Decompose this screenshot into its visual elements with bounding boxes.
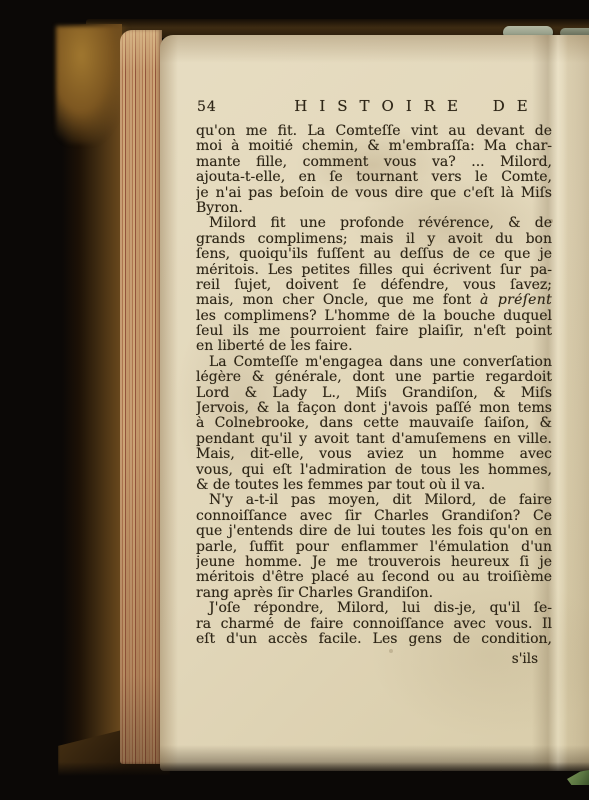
paragraph: qu'on me fit. La Comteſſe vint au devant…: [196, 124, 552, 216]
text-line: J'oſe répondre, Milord, lui dis-je, qu'i…: [196, 601, 552, 616]
text-line: vous, qui eſt l'admiration de tous les h…: [196, 463, 552, 478]
text-line: à Colnebrooke, dans cette mauvaiſe ſaiſo…: [196, 416, 552, 431]
page-edges-foredge: [120, 30, 162, 764]
text-line: grands complimens; mais il y avoit du bo…: [196, 232, 552, 247]
text-line: je n'ai pas beſoin de vous dire que c'eſ…: [196, 186, 552, 201]
text-line: rang après ſir Charles Grandiſon.: [196, 586, 552, 601]
text-line: connoiſſance avec ſir Charles Grandiſon?…: [196, 509, 552, 524]
book-cover-corner: [56, 26, 128, 144]
catchword: s'ils: [196, 651, 552, 667]
text-line: méritois. Les petites filles qui écriven…: [196, 263, 552, 278]
page-header: 54 HISTOIRE DE: [196, 97, 552, 115]
text-line: ſeul ils me pourroient faire plaiſir, n'…: [196, 324, 552, 339]
book-photo: 54 HISTOIRE DE qu'on me fit. La Comteſſe…: [0, 0, 589, 800]
text-line: parle, ſuffit pour enflammer l'émulation…: [196, 540, 552, 555]
text-line: moi à moitié chemin, & m'embraſſa: Ma ch…: [196, 139, 552, 154]
text-line: Milord fit une profonde révérence, & de: [196, 216, 552, 231]
text-line: légère & générale, dont une partie regar…: [196, 370, 552, 385]
text-line: mante fille, comment vous va? ... Milord…: [196, 155, 552, 170]
text-line: La Comteſſe m'engagea dans une converſat…: [196, 355, 552, 370]
running-title: HISTOIRE DE: [284, 97, 550, 115]
paragraph: La Comteſſe m'engagea dans une converſat…: [196, 355, 552, 494]
paragraph: J'oſe répondre, Milord, lui dis-je, qu'i…: [196, 601, 552, 647]
text-line: ra charmé de faire connoiſſance avec vou…: [196, 617, 552, 632]
paragraph: N'y a-t-il pas moyen, dit Milord, de fai…: [196, 493, 552, 601]
text-line: ſens, quoiqu'ils fuſſent au deſſus de ce…: [196, 247, 552, 262]
paragraph: Milord fit une profonde révérence, & deg…: [196, 216, 552, 355]
text-line: N'y a-t-il pas moyen, dit Milord, de fai…: [196, 493, 552, 508]
text-line: reil ſujet, doivent ſe défendre, vous ſa…: [196, 278, 552, 293]
text-line: pendant qu'il y avoit tant d'amuſemens e…: [196, 432, 552, 447]
text-line: qu'on me fit. La Comteſſe vint au devant…: [196, 124, 552, 139]
text-line: mais, mon cher Oncle, que me font à préſ…: [196, 293, 552, 308]
text-line: Lord & Lady L., Miſs Grandiſon, & Miſs: [196, 386, 552, 401]
printed-text-block: 54 HISTOIRE DE qu'on me fit. La Comteſſe…: [196, 97, 552, 667]
page-text: qu'on me fit. La Comteſſe vint au devant…: [196, 124, 552, 647]
text-line: que j'entends dire de lui toutes les foi…: [196, 524, 552, 539]
page-number: 54: [197, 99, 217, 115]
text-line: les complimens? L'homme de la bouche duq…: [196, 309, 552, 324]
text-line: en liberté de les faire.: [196, 339, 552, 354]
text-line: jeune homme. Je me trouverois heureux ſi…: [196, 555, 552, 570]
text-line: Jervois, & la façon dont j'avois paſſé m…: [196, 401, 552, 416]
text-line: ajouta-t-elle, en ſe tournant vers le Co…: [196, 170, 552, 185]
text-line: méritois d'être placé au ſecond ou au tr…: [196, 570, 552, 585]
text-line: Byron.: [196, 201, 552, 216]
photo-bottom-shadow: [0, 762, 589, 800]
text-line: Mais, dit-elle, vous aviez un homme avec: [196, 447, 552, 462]
text-line: eſt d'un accès facile. Les gens de condi…: [196, 632, 552, 647]
text-line: & de toutes les femmes par tout où il va…: [196, 478, 552, 493]
